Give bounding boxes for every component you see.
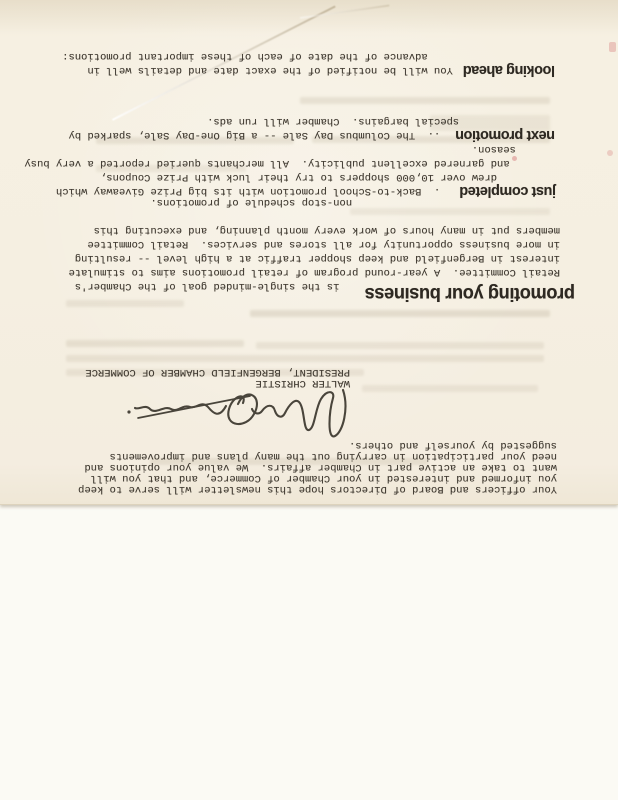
- scanner-background: Your officers and Board of Directors hop…: [0, 0, 618, 800]
- section-body: You will be notified of the exact date a…: [62, 49, 560, 77]
- signatory-name: WALTER CHRISTIE: [255, 377, 350, 388]
- signatory-title: PRESIDENT, BERGENFIELD CHAMBER OF COMMER…: [85, 366, 350, 377]
- intro-paragraph: Your officers and Board of Directors hop…: [78, 439, 557, 494]
- section-body: . Back-to-School promotion with its big …: [24, 142, 560, 198]
- scanned-page: Your officers and Board of Directors hop…: [0, 0, 618, 505]
- section-body: .. The Columbus Day Sale -- a Big One-Da…: [69, 114, 560, 142]
- signature-scribble: [92, 384, 350, 442]
- rotated-document-content: Your officers and Board of Directors hop…: [0, 0, 618, 504]
- section-body: is the single-minded goal of the Chamber…: [69, 195, 560, 293]
